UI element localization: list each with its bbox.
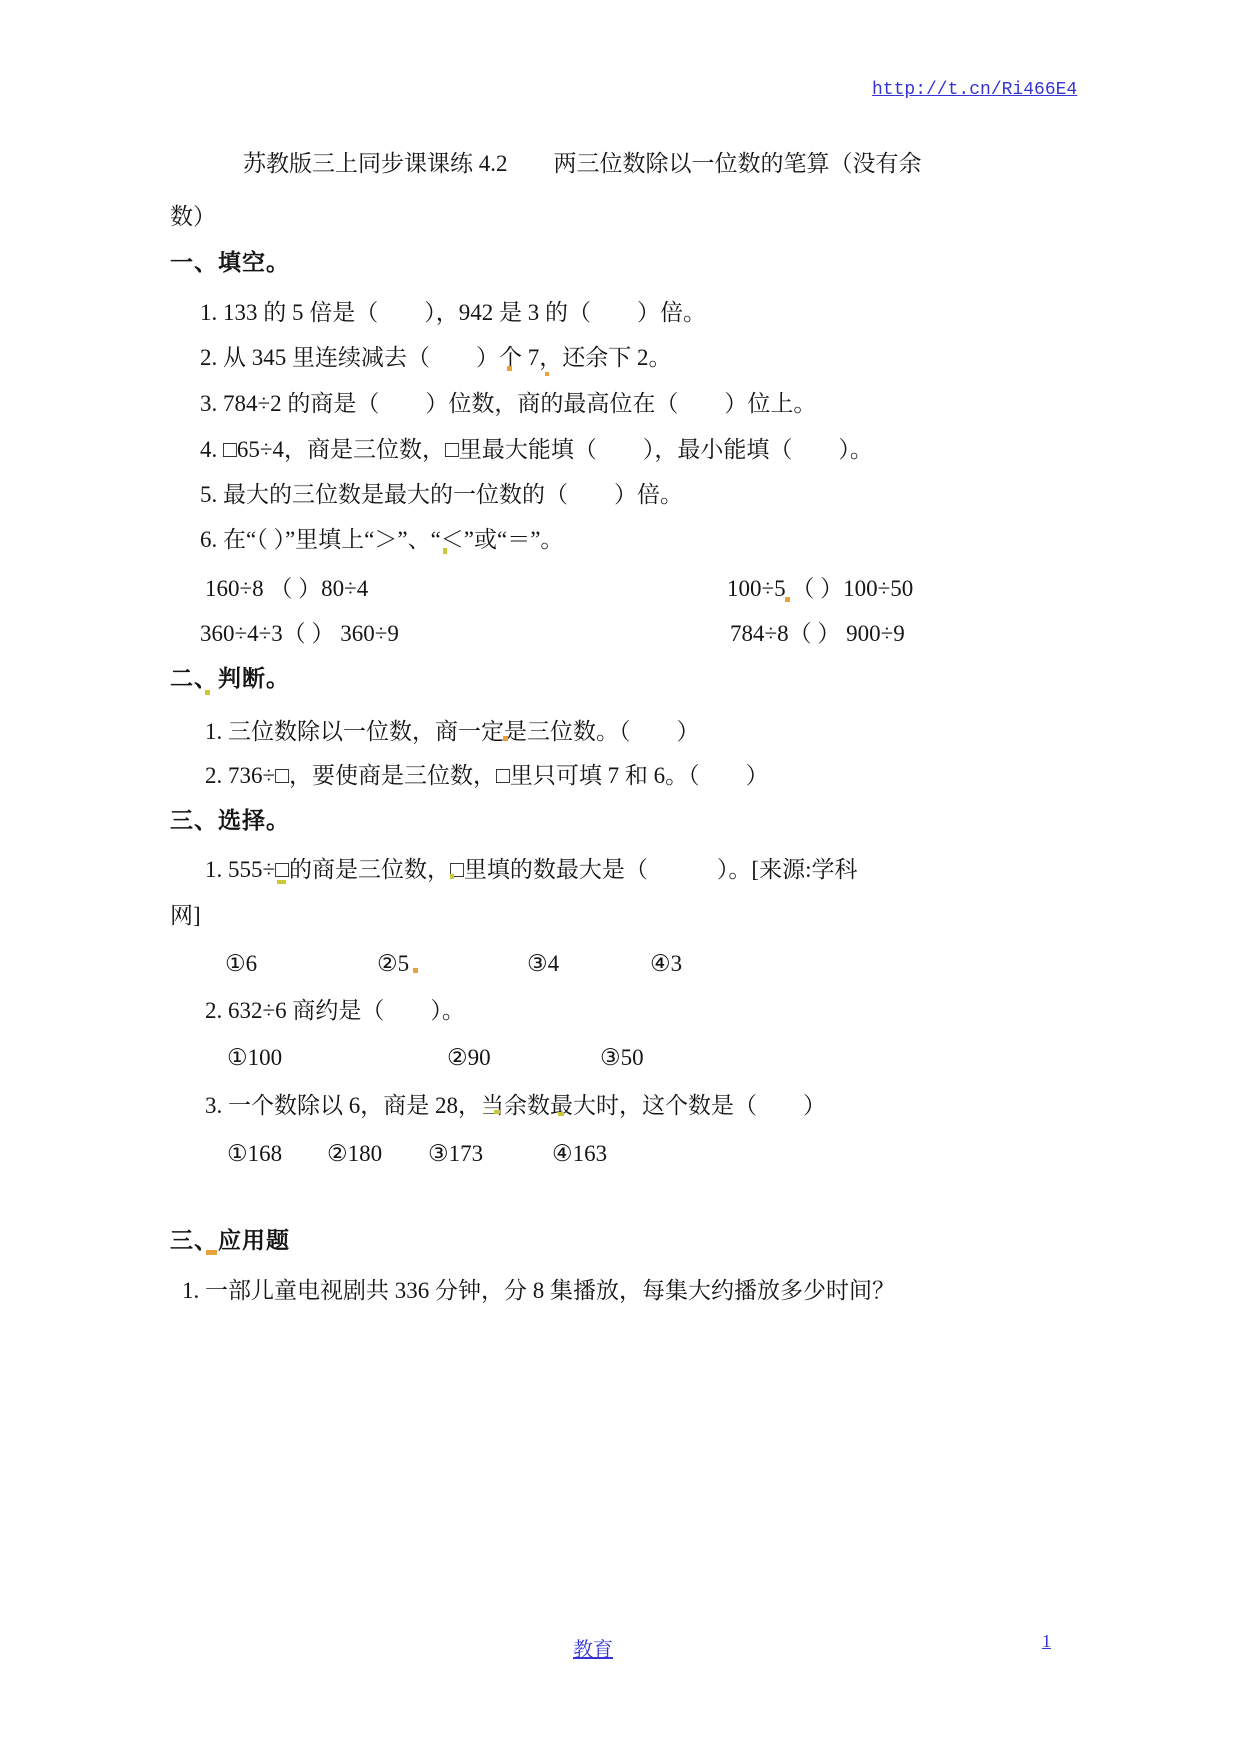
worksheet-title-line1: 苏教版三上同步课课练 4.2 两三位数除以一位数的笔算（没有余 [243, 150, 922, 178]
choice-q2-option-2: ②90 [447, 1044, 491, 1072]
fill-item-2: 2. 从 345 里连续减去（ ）个 7，还余下 2。 [200, 344, 672, 372]
choice-q2-option-1: ①100 [227, 1044, 282, 1072]
choice-q1-option-1: ①6 [225, 950, 257, 978]
applied-q1: 1. 一部儿童电视剧共 336 分钟，分 8 集播放，每集大约播放多少时间？ [182, 1277, 895, 1305]
compare-row2-left: 360÷4÷3（ ） 360÷9 [200, 620, 399, 648]
annotation-mark [494, 1110, 500, 1114]
worksheet-title-line2: 数） [170, 203, 216, 231]
choice-q1-option-2: ②5 [377, 950, 409, 978]
choice-q1: 1. 555÷□的商是三位数，□里填的数最大是（ ）。[来源:学科 [205, 856, 857, 884]
judge-item-2: 2. 736÷□，要使商是三位数，□里只可填 7 和 6。（ ） [205, 762, 769, 790]
fill-item-3: 3. 784÷2 的商是（ ）位数，商的最高位在（ ）位上。 [200, 390, 816, 418]
annotation-mark [507, 366, 512, 371]
annotation-mark [450, 874, 454, 879]
fill-item-1: 1. 133 的 5 倍是（ ），942 是 3 的（ ）倍。 [200, 299, 706, 327]
section-choice-heading: 三、选择。 [170, 807, 290, 835]
compare-row1-left: 160÷8 （ ）80÷4 [205, 575, 368, 603]
choice-q3-option-1: ①168 [227, 1140, 282, 1168]
annotation-mark [205, 690, 210, 695]
worksheet-page: http://t.cn/Ri466E4 苏教版三上同步课课练 4.2 两三位数除… [0, 0, 1241, 1754]
annotation-mark [503, 736, 508, 741]
compare-row1-right: 100÷5 （ ）100÷50 [727, 575, 913, 603]
choice-q3: 3. 一个数除以 6，商是 28，当余数最大时，这个数是（ ） [205, 1092, 826, 1120]
choice-q1-option-3: ③4 [527, 950, 559, 978]
annotation-mark [558, 1112, 564, 1116]
annotation-mark [277, 880, 286, 884]
choice-q2: 2. 632÷6 商约是（ ）。 [205, 997, 465, 1025]
fill-item-6: 6. 在“（ ）”里填上“＞”、“＜”或“＝”。 [200, 526, 563, 554]
choice-q1-wrap: 网] [170, 902, 201, 930]
footer-edu-link[interactable]: 教育 [573, 1633, 613, 1662]
annotation-mark [545, 372, 549, 376]
compare-row2-right: 784÷8（ ） 900÷9 [730, 620, 905, 648]
annotation-mark [785, 597, 790, 602]
section-judge-heading: 二、判断。 [170, 665, 290, 693]
choice-q1-option-4: ④3 [650, 950, 682, 978]
judge-item-1: 1. 三位数除以一位数，商一定是三位数。（ ） [205, 718, 700, 746]
fill-item-4: 4. □65÷4，商是三位数，□里最大能填（ ），最小能填（ ）。 [200, 436, 873, 464]
header-url-link[interactable]: http://t.cn/Ri466E4 [872, 80, 1077, 100]
choice-q3-option-4: ④163 [552, 1140, 607, 1168]
annotation-mark [413, 968, 418, 973]
fill-item-5: 5. 最大的三位数是最大的一位数的（ ）倍。 [200, 481, 683, 509]
choice-q3-option-3: ③173 [428, 1140, 483, 1168]
choice-q3-option-2: ②180 [327, 1140, 382, 1168]
page-number[interactable]: 1 [1042, 1631, 1051, 1652]
choice-q2-option-3: ③50 [600, 1044, 644, 1072]
section-fill-heading: 一、填空。 [170, 249, 290, 277]
annotation-mark [443, 548, 447, 554]
annotation-mark [206, 1250, 217, 1255]
section-applied-heading: 三、应用题 [170, 1227, 290, 1255]
